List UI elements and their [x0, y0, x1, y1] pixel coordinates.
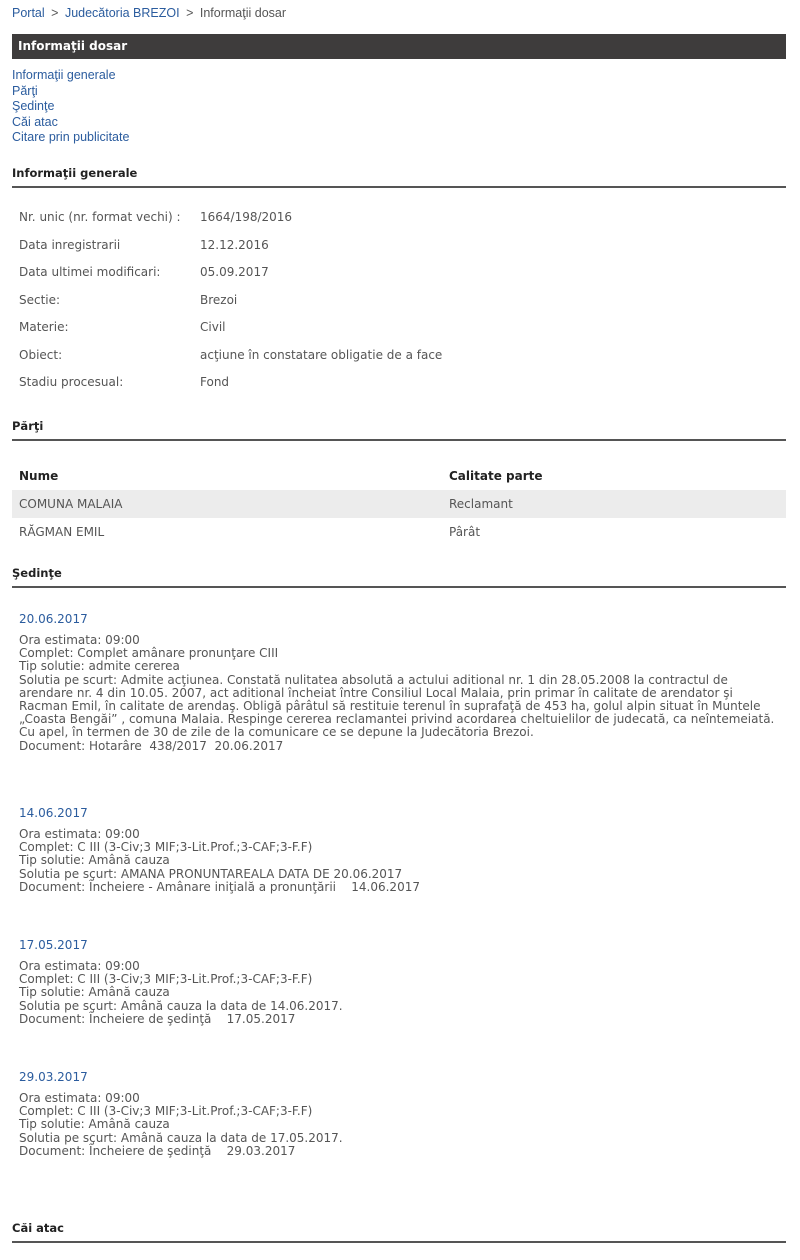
info-label: Data ultimei modificari:: [19, 265, 200, 293]
session-solution-type: Tip solutie: Amână cauza: [19, 854, 779, 867]
session-solution-summary: Solutia pe sçurt: Amână cauza la data de…: [19, 1132, 779, 1145]
session-date[interactable]: 17.05.2017: [19, 936, 779, 960]
breadcrumb-court[interactable]: Judecătoria BREZOI: [65, 6, 180, 20]
info-value: 05.09.2017: [200, 265, 269, 293]
info-label: Materie:: [19, 320, 200, 348]
info-label: Stadiu procesual:: [19, 375, 200, 403]
session-document: Document: Încheiere - Amânare iniţială a…: [19, 881, 779, 894]
session-item: 14.06.2017 Ora estimata: 09:00 Complet: …: [19, 804, 779, 936]
section-heading-sessions: Şedinţe: [12, 566, 786, 588]
breadcrumb-portal[interactable]: Portal: [12, 6, 45, 20]
session-document: Document: Încheiere de şedinţă 17.05.201…: [19, 1013, 779, 1026]
breadcrumb-separator: >: [186, 6, 193, 20]
party-role: Reclamant: [449, 490, 513, 518]
session-item: 29.03.2017 Ora estimata: 09:00 Complet: …: [19, 1068, 779, 1158]
session-item: 20.06.2017 Ora estimata: 09:00 Complet: …: [19, 610, 779, 804]
toc-link-citation[interactable]: Citare prin publicitate: [12, 130, 129, 146]
info-row: Obiect: acţiune în constatare obligatie …: [19, 348, 442, 376]
general-info-table: Nr. unic (nr. format vechi) : 1664/198/2…: [19, 210, 442, 403]
toc-link-general[interactable]: Informaţii generale: [12, 68, 129, 84]
info-value: 12.12.2016: [200, 238, 269, 266]
column-header-name: Nume: [19, 462, 449, 490]
session-document: Document: Hotarâre 438/2017 20.06.2017: [19, 740, 779, 753]
info-label: Data inregistrarii: [19, 238, 200, 266]
session-solution-type: Tip solutie: Amână cauza: [19, 1118, 779, 1131]
session-solution-summary: Solutia pe sçurt: Amână cauza la data de…: [19, 1000, 779, 1013]
info-row: Sectie: Brezoi: [19, 293, 442, 321]
session-solution-type: Tip solutie: Amână cauza: [19, 986, 779, 999]
session-document: Document: Încheiere de şedinţă 29.03.201…: [19, 1145, 779, 1158]
info-value: Brezoi: [200, 293, 237, 321]
info-value: acţiune în constatare obligatie de a fac…: [200, 348, 442, 376]
breadcrumb-separator: >: [51, 6, 58, 20]
session-item: 17.05.2017 Ora estimata: 09:00 Complet: …: [19, 936, 779, 1068]
table-header-row: Nume Calitate parte: [12, 462, 786, 490]
session-date[interactable]: 29.03.2017: [19, 1068, 779, 1092]
info-row: Stadiu procesual: Fond: [19, 375, 442, 403]
info-row: Materie: Civil: [19, 320, 442, 348]
toc-link-appeals[interactable]: Căi atac: [12, 115, 129, 131]
session-solution-summary: Solutia pe sçurt: AMANA PRONUNTAREALA DA…: [19, 868, 779, 881]
session-date[interactable]: 20.06.2017: [19, 610, 779, 634]
info-value: 1664/198/2016: [200, 210, 292, 238]
info-row: Data ultimei modificari: 05.09.2017: [19, 265, 442, 293]
toc-link-sessions[interactable]: Şedinţe: [12, 99, 129, 115]
session-date[interactable]: 14.06.2017: [19, 804, 779, 828]
section-heading-parties: Părţi: [12, 419, 786, 441]
page-title: Informaţii dosar: [12, 34, 786, 59]
party-name: COMUNA MALAIA: [19, 490, 449, 518]
session-solution-type: Tip solutie: admite cererea: [19, 660, 779, 673]
section-heading-appeals: Căi atac: [12, 1221, 786, 1243]
info-label: Obiect:: [19, 348, 200, 376]
party-role: Pârât: [449, 518, 480, 546]
info-row: Data inregistrarii 12.12.2016: [19, 238, 442, 266]
info-value: Fond: [200, 375, 229, 403]
toc-link-parties[interactable]: Părţi: [12, 84, 129, 100]
info-label: Sectie:: [19, 293, 200, 321]
info-label: Nr. unic (nr. format vechi) :: [19, 210, 200, 238]
table-of-contents: Informaţii generale Părţi Şedinţe Căi at…: [12, 68, 129, 146]
column-header-role: Calitate parte: [449, 462, 543, 490]
table-row: COMUNA MALAIA Reclamant: [12, 490, 786, 518]
info-value: Civil: [200, 320, 225, 348]
session-solution-summary: Solutia pe scurt: Admite acţiunea. Const…: [19, 674, 779, 740]
parties-table: Nume Calitate parte COMUNA MALAIA Reclam…: [12, 462, 786, 546]
party-name: RĂGMAN EMIL: [19, 518, 449, 546]
breadcrumb-current: Informaţii dosar: [200, 6, 286, 20]
table-row: RĂGMAN EMIL Pârât: [12, 518, 786, 546]
breadcrumb: Portal > Judecătoria BREZOI > Informaţii…: [12, 6, 286, 20]
info-row: Nr. unic (nr. format vechi) : 1664/198/2…: [19, 210, 442, 238]
section-heading-general: Informaţii generale: [12, 166, 786, 188]
sessions-list: 20.06.2017 Ora estimata: 09:00 Complet: …: [19, 610, 779, 1158]
